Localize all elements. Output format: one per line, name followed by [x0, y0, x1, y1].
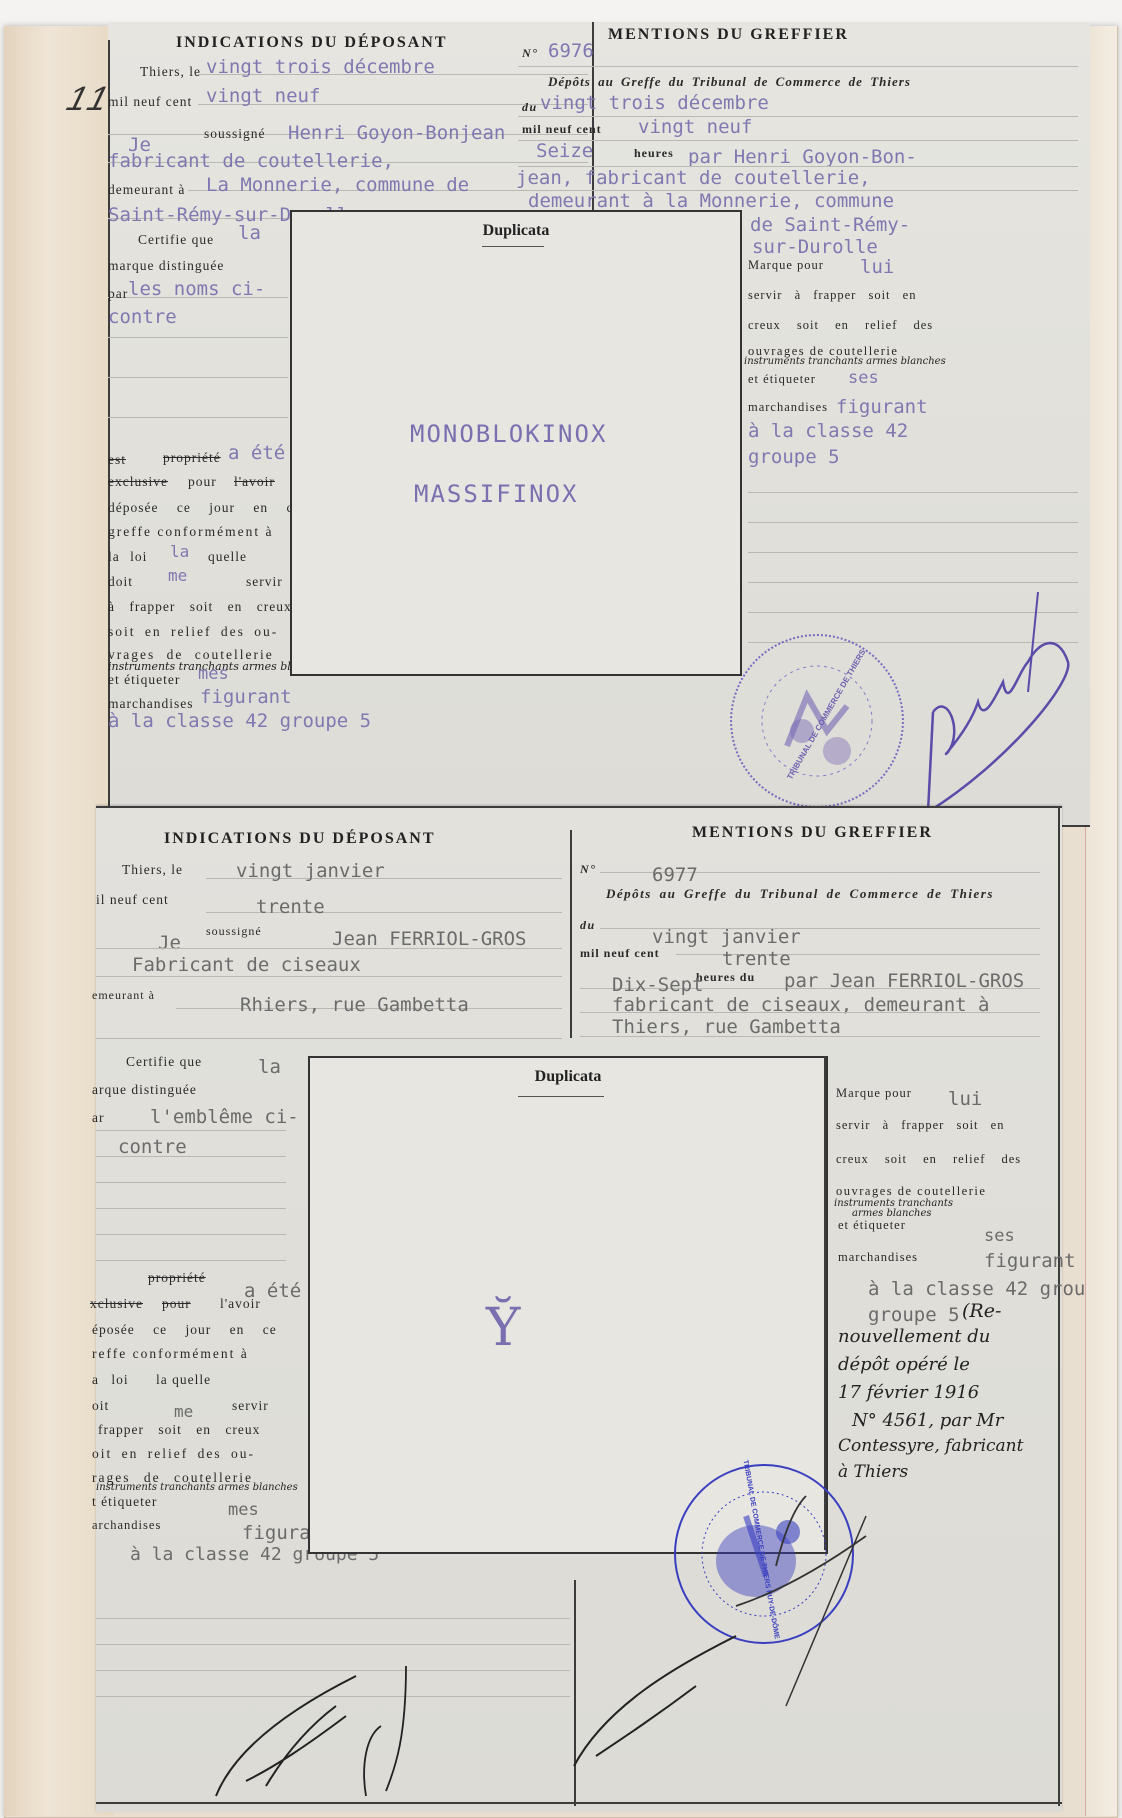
lui-value: lui — [948, 1088, 982, 1110]
heures-label: heures du — [696, 970, 755, 985]
rule — [748, 522, 1078, 523]
rule — [96, 1234, 286, 1235]
est-struck: est — [108, 452, 126, 468]
par-label: par — [108, 286, 128, 302]
rule — [518, 66, 1078, 67]
me-value: me — [174, 1402, 193, 1421]
certifie-label: Certifie que — [126, 1054, 202, 1070]
depositor-address: Rhiers, rue Gambetta — [240, 994, 469, 1016]
exclusive-struck: xclusive — [90, 1296, 143, 1312]
par-label: ar — [92, 1110, 105, 1126]
marque-label: marque distinguée — [108, 258, 224, 274]
registration-line-4: de Saint-Rémy- — [750, 214, 910, 236]
duplicata-title: Duplicata — [292, 222, 740, 240]
rule — [748, 552, 1078, 553]
rule — [96, 1670, 570, 1671]
right-border — [1058, 806, 1060, 1806]
etiqueter-label: et étiqueter — [748, 372, 816, 387]
marchandises-label: marchandises — [748, 400, 828, 415]
rule — [96, 1260, 286, 1261]
thiers-le-label: Thiers, le — [140, 64, 201, 80]
deposee-line: déposée ce jour en ce — [108, 500, 300, 516]
registration-year: vingt neuf — [638, 116, 752, 138]
registrar-header: MENTIONS DU GREFFIER — [608, 26, 849, 44]
creux-line: creux soit en relief des — [748, 318, 933, 333]
du-label: du — [522, 100, 538, 115]
rule — [96, 1618, 570, 1619]
classe-value: à la classe 42 — [748, 420, 908, 442]
laquelle-value: la — [170, 542, 189, 561]
registration-year: trente — [722, 948, 791, 970]
doit-label: doit — [108, 574, 133, 590]
trademark-monoblokinox: MONOBLOKINOX — [410, 420, 607, 448]
rule — [96, 1130, 286, 1131]
deposit-year: trente — [256, 896, 325, 918]
handwritten-insert: instruments tranchants armes blanches — [744, 356, 946, 367]
contre-value: contre — [108, 306, 177, 328]
registrar-signature — [908, 582, 1088, 822]
rule — [96, 1696, 570, 1697]
duplicata-box: Duplicata MONOBLOKINOX MASSIFINOX — [290, 210, 742, 676]
propriete-struck: propriété — [148, 1270, 206, 1286]
deposit-date: vingt janvier — [236, 860, 385, 882]
depositor-name: Jean FERRIOL-GROS — [332, 928, 526, 950]
marque-label: arque distinguée — [92, 1082, 197, 1098]
mil-label: il neuf cent — [96, 892, 169, 908]
rule — [748, 492, 1078, 493]
registrar-header: MENTIONS DU GREFFIER — [692, 824, 933, 842]
mil-label: mil neuf cent — [108, 94, 192, 110]
title-underline — [482, 246, 544, 247]
registration-hour: Dix-Sept — [612, 974, 704, 996]
contre-value: contre — [118, 1136, 187, 1158]
depots-line: Dépôts au Greffe du Tribunal de Commerce… — [606, 886, 994, 902]
demeurant-label: demeurant à — [108, 182, 185, 198]
soussigne-label: soussigné — [204, 126, 266, 142]
registration-line-5: sur-Durolle — [752, 236, 878, 258]
figurant-value: figurant — [984, 1250, 1076, 1272]
frapper-line: frapper soit en creux — [98, 1422, 260, 1438]
laquelle-value: la quelle — [156, 1372, 211, 1388]
par-value: les noms ci- — [128, 278, 265, 300]
figurant-value: figurant — [200, 686, 292, 708]
handwritten-note-line-6: Contessyre, fabricant — [838, 1436, 1023, 1456]
bottom-border — [96, 1802, 1062, 1804]
quelle-label: quelle — [208, 549, 247, 565]
rule — [580, 1012, 1040, 1013]
registration-number: 6977 — [652, 864, 698, 886]
servir-line: servir à frapper soit en — [836, 1118, 1004, 1133]
etiqueter-label: et étiqueter — [838, 1218, 906, 1233]
depositor-profession: Fabricant de ciseaux — [132, 954, 361, 976]
marque-pour-label: Marque pour — [748, 258, 824, 273]
handwritten-insert: instruments tranchants armes blanches — [96, 1482, 298, 1493]
rule — [518, 116, 1078, 117]
servir-label: servir — [246, 574, 283, 590]
registration-par: par Jean FERRIOL-GROS — [784, 970, 1024, 992]
no-label: N° — [522, 46, 538, 61]
handwritten-note-line-3: dépôt opéré le — [838, 1354, 970, 1375]
classe-value: à la classe 42 grou — [868, 1278, 1085, 1300]
registration-date: vingt janvier — [652, 926, 801, 948]
servir-label: servir — [232, 1398, 269, 1414]
rule — [108, 377, 288, 378]
rule — [96, 1156, 286, 1157]
groupe-value: groupe 5 — [748, 446, 840, 468]
deposit-date: vingt trois décembre — [206, 56, 435, 78]
thiers-le-label: Thiers, le — [122, 862, 183, 878]
marque-pour-label: Marque pour — [836, 1086, 912, 1101]
tribunal-seal-stamp: TRIBUNAL DE COMMERCE DE THIERS PUY-DE-DÔ… — [674, 1464, 854, 1644]
rule — [108, 417, 288, 418]
registration-par: par Henri Goyon-Bon- — [688, 146, 917, 168]
column-divider-top — [570, 830, 572, 1038]
me-value: me — [168, 566, 187, 585]
depositor-header: INDICATIONS DU DÉPOSANT — [164, 830, 436, 848]
depositor-name: Henri Goyon-Bonjean — [288, 122, 505, 144]
etiqueter-label: t étiqueter — [92, 1494, 157, 1510]
pour-struck: pour — [162, 1296, 191, 1312]
greffe-line: greffe conformément à — [108, 524, 273, 540]
heures-label: heures — [634, 146, 674, 161]
certifie-label: Certifie que — [138, 232, 214, 248]
lui-value: lui — [860, 256, 894, 278]
ses-value: ses — [848, 368, 879, 388]
la-text: la — [238, 222, 261, 244]
deposee-line: éposée ce jour en ce — [92, 1322, 277, 1338]
loi-label: la loi — [108, 549, 147, 565]
mes-value: mes — [228, 1500, 259, 1520]
rule — [518, 140, 1078, 141]
trademark-massifinox: MASSIFINOX — [414, 480, 579, 508]
title-underline — [518, 1096, 604, 1097]
figurant-value: figurant — [836, 396, 928, 418]
lavoir-label: l'avoir — [220, 1296, 261, 1312]
registration-date: vingt trois décembre — [540, 92, 769, 114]
greffe-line: reffe conformément à — [92, 1346, 249, 1362]
registration-line-2: jean, fabricant de coutellerie, — [516, 167, 871, 189]
relief-line: oit en relief des ou- — [92, 1446, 255, 1462]
handwritten-note-line-1: (Re- — [962, 1300, 1001, 1322]
registration-number: 6976 — [548, 40, 594, 62]
depositor-profession: fabricant de coutellerie, — [108, 150, 394, 172]
marchandises-label: archandises — [92, 1518, 161, 1533]
trademark-emblem: Y̆ — [486, 1298, 522, 1358]
doit-label: oit — [92, 1398, 109, 1414]
column-divider-bottom — [574, 1580, 576, 1806]
je-text: Je — [158, 932, 181, 954]
rule — [96, 1038, 562, 1039]
handwritten-note-line-4: 17 février 1916 — [838, 1382, 979, 1403]
relief-line: soit en relief des ou- — [108, 624, 278, 640]
ses-value: ses — [984, 1226, 1015, 1246]
propriete-struck: propriété — [163, 450, 221, 466]
handwritten-note-line-5: N° 4561, par Mr — [852, 1410, 1003, 1431]
etiqueter-label: et étiqueter — [108, 672, 180, 688]
lavoir-struck: l'avoir — [234, 474, 275, 490]
creux-line: creux soit en relief des — [836, 1152, 1021, 1167]
registration-line-3: Thiers, rue Gambetta — [612, 1016, 841, 1038]
du-label: du — [580, 918, 596, 933]
demeurant-label: emeurant à — [92, 988, 155, 1003]
entry-sheet-6977: INDICATIONS DU DÉPOSANT Thiers, le vingt… — [96, 806, 1062, 1812]
loi-label: a loi — [92, 1372, 129, 1388]
registration-hour: Seize — [536, 140, 593, 162]
marchandises-label: marchandises — [838, 1250, 918, 1265]
mil-label: mil neuf cent — [522, 122, 602, 137]
classe-value: à la classe 42 groupe 5 — [108, 710, 371, 732]
ouvrages-line: ouvrages de coutellerie — [836, 1184, 986, 1199]
tribunal-seal-stamp: TRIBUNAL DE COMMERCE DE THIERS — [730, 634, 904, 808]
rule — [96, 976, 562, 977]
depositor-header: INDICATIONS DU DÉPOSANT — [176, 34, 448, 52]
rule — [580, 1036, 1040, 1037]
a-ete-value: a été — [228, 442, 285, 464]
rule — [96, 1208, 286, 1209]
frapper-line: à frapper soit en creux — [108, 599, 292, 615]
rule — [96, 1644, 570, 1645]
rule — [108, 337, 288, 338]
groupe-value: groupe 5 — [868, 1304, 960, 1326]
par-value: l'emblême ci- — [150, 1106, 299, 1128]
mil-label: mil neuf cent — [580, 946, 660, 961]
la-text: la — [258, 1056, 281, 1078]
depots-line: Dépôts au Greffe du Tribunal de Commerce… — [548, 74, 911, 90]
duplicata-title: Duplicata — [310, 1068, 826, 1086]
soussigne-label: soussigné — [206, 924, 262, 939]
exclusive-struck: exclusive — [108, 474, 168, 490]
pour-label: pour — [188, 474, 217, 490]
no-label: N° — [580, 862, 596, 877]
servir-line: servir à frapper soit en — [748, 288, 916, 303]
depositor-address-1: La Monnerie, commune de — [206, 174, 469, 196]
handwritten-note-line-2: nouvellement du — [838, 1326, 990, 1347]
registration-line-3: demeurant à la Monnerie, commune — [528, 190, 894, 212]
top-border — [96, 806, 1062, 808]
mes-value: mes — [198, 664, 229, 684]
rule — [96, 1182, 286, 1183]
entry-sheet-6976: INDICATIONS DU DÉPOSANT Thiers, le vingt… — [108, 22, 1090, 827]
deposit-year: vingt neuf — [206, 85, 320, 107]
